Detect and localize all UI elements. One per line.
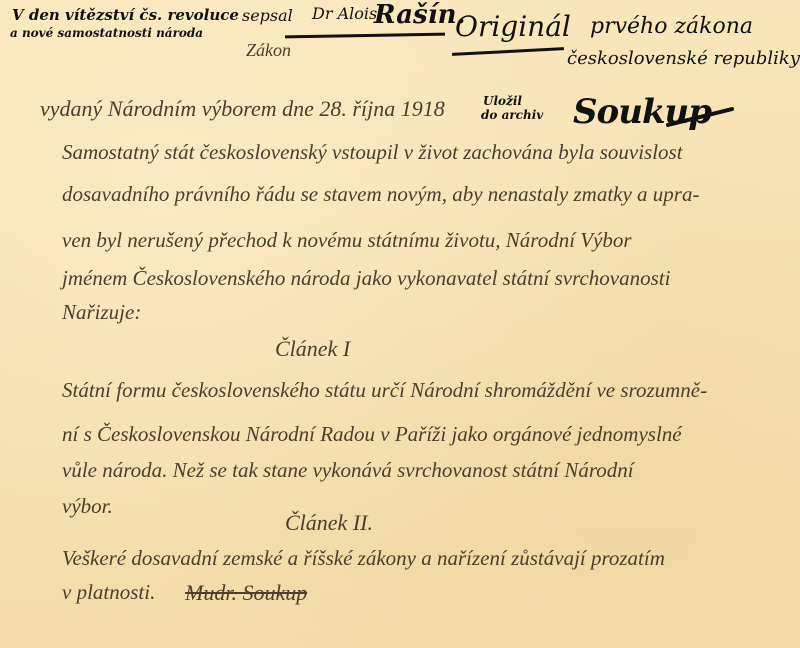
archive-signature: Soukup [573, 92, 711, 132]
annotation-victory-note: V den vítězství čs. revoluce [12, 6, 239, 24]
preamble-line: Nařizuje: [62, 300, 141, 325]
issued-line: vydaný Národním výborem dne 28. října 19… [40, 96, 445, 122]
original-description-line1: prvého zákona [590, 14, 753, 39]
article-1-heading: Článek I [275, 336, 350, 362]
preamble-line: jménem Československého národa jako vyko… [62, 266, 670, 291]
original-underline [452, 47, 564, 56]
original-description-line2: československé republiky [567, 48, 800, 69]
preamble-line: ven byl nerušený přechod k novému státní… [62, 228, 632, 253]
author-label: sepsal [242, 6, 293, 25]
article-1-line: výbor. [62, 494, 113, 519]
preamble-line: dosavadního právního řádu se stavem nový… [62, 182, 699, 207]
article-2-line: v platnosti. [62, 580, 155, 605]
author-title: Dr Alois [312, 4, 377, 23]
article-2-line: Veškeré dosavadní zemské a říšské zákony… [62, 546, 665, 571]
article-1-line: ní s Československou Národní Radou v Pař… [62, 422, 682, 447]
article-1-line: vůle národa. Než se tak stane vykonává s… [62, 458, 634, 483]
archive-note-line1: Uložil [483, 94, 522, 108]
author-underline [285, 33, 445, 39]
original-label: Originál [455, 10, 571, 43]
annotation-independence-note: a nové samostatnosti národa [10, 26, 203, 40]
author-name: Rašín. [374, 0, 466, 30]
struck-signature: Mudr. Soukup [185, 580, 307, 606]
article-1-line: Státní formu československého státu určí… [62, 378, 707, 403]
document-page: V den vítězství čs. revoluce a nové samo… [0, 0, 800, 648]
preamble-line: Samostatný stát československý vstoupil … [62, 140, 683, 165]
article-2-heading: Článek II. [285, 510, 373, 536]
archive-note-line2: do archiv [481, 108, 543, 122]
document-title: Zákon [246, 40, 291, 61]
